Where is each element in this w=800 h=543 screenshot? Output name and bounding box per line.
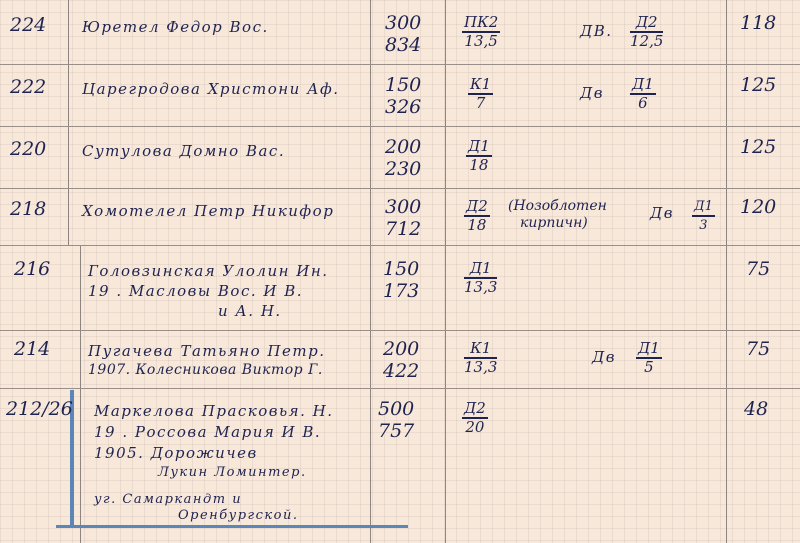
entry-name: 1907. Колесникова Виктор Г. — [88, 362, 323, 378]
extra-code: Д15 — [636, 340, 662, 376]
entry-code: Д218 — [464, 198, 490, 234]
extra-code: Д13 — [692, 198, 715, 234]
entry-code: ПК213,5 — [462, 14, 500, 50]
entry-name: и А. Н. — [218, 302, 282, 320]
entry-name: Оренбургской. — [178, 508, 298, 523]
entry-name: Лукин Ломинтер. — [158, 465, 307, 480]
extra-prefix: ДВ. — [580, 22, 613, 40]
entry-value: 300 — [385, 196, 421, 218]
extra-code: Д212,5 — [630, 14, 663, 50]
column-rule — [445, 0, 446, 543]
row-rule — [0, 188, 800, 189]
extra-prefix: Дв — [592, 348, 616, 366]
entry-value: 150 — [383, 258, 419, 280]
entry-number: 218 — [10, 198, 46, 220]
entry-total: 125 — [740, 136, 776, 158]
row-rule — [0, 126, 800, 127]
entry-name: Маркелова Прасковья. Н. — [94, 402, 334, 420]
entry-total: 118 — [740, 12, 776, 34]
entry-value: 500 — [378, 398, 414, 420]
entry-name: Головзинская Улолин Ин. — [88, 262, 329, 280]
entry-name: 19 . Масловы Вос. И В. — [88, 282, 303, 300]
entry-value: 757 — [378, 420, 414, 442]
entry-value: 200 — [383, 338, 419, 360]
blue-pencil-mark — [56, 525, 408, 528]
column-rule — [68, 0, 69, 245]
extra-prefix: Дв — [580, 84, 604, 102]
entry-name: 19 . Россова Мария И В. — [94, 423, 321, 441]
entry-name: 1905. Дорожичев — [94, 444, 258, 462]
entry-number: 220 — [10, 138, 46, 160]
entry-value: 712 — [385, 218, 421, 240]
entry-number: 224 — [10, 14, 46, 36]
entry-code: К17 — [468, 76, 493, 112]
entry-total: 120 — [740, 196, 776, 218]
entry-value: 422 — [383, 360, 419, 382]
entry-value: 326 — [385, 96, 421, 118]
entry-total: 75 — [746, 338, 770, 360]
entry-code: Д220 — [462, 400, 488, 436]
entry-total: 75 — [746, 258, 770, 280]
column-rule — [80, 245, 81, 543]
entry-name: Хомотелел Петр Никифор — [82, 202, 334, 220]
row-rule — [0, 245, 800, 246]
column-rule — [726, 0, 727, 543]
entry-total: 125 — [740, 74, 776, 96]
entry-name: Юретел Федор Вос. — [82, 18, 269, 36]
extra-code: Д16 — [630, 76, 656, 112]
entry-name: Сутулова Домно Вас. — [82, 142, 285, 160]
entry-code: Д113,3 — [464, 260, 497, 296]
extra-prefix: Дв — [650, 204, 674, 222]
entry-value: 200 — [385, 136, 421, 158]
entry-value: 150 — [385, 74, 421, 96]
entry-code: Д118 — [466, 138, 492, 174]
entry-value: 173 — [383, 280, 419, 302]
entry-value: 230 — [385, 158, 421, 180]
entry-note: кирпичн) — [520, 215, 588, 232]
entry-name: уг. Самаркандт и — [94, 492, 242, 507]
entry-name: Пугачева Татьяно Петр. — [88, 342, 325, 360]
entry-total: 48 — [744, 398, 768, 420]
row-rule — [0, 388, 800, 389]
row-rule — [0, 330, 800, 331]
entry-number: 214 — [14, 338, 50, 360]
entry-name: Царегродова Христони Аф. — [82, 80, 339, 98]
entry-number: 212/26 — [6, 398, 73, 420]
entry-number: 222 — [10, 76, 46, 98]
column-rule — [370, 0, 371, 543]
entry-value: 834 — [385, 34, 421, 56]
entry-number: 216 — [14, 258, 50, 280]
row-rule — [0, 64, 800, 65]
entry-note: (Нозоблотен — [508, 198, 607, 215]
entry-code: К113,3 — [464, 340, 497, 376]
entry-value: 300 — [385, 12, 421, 34]
